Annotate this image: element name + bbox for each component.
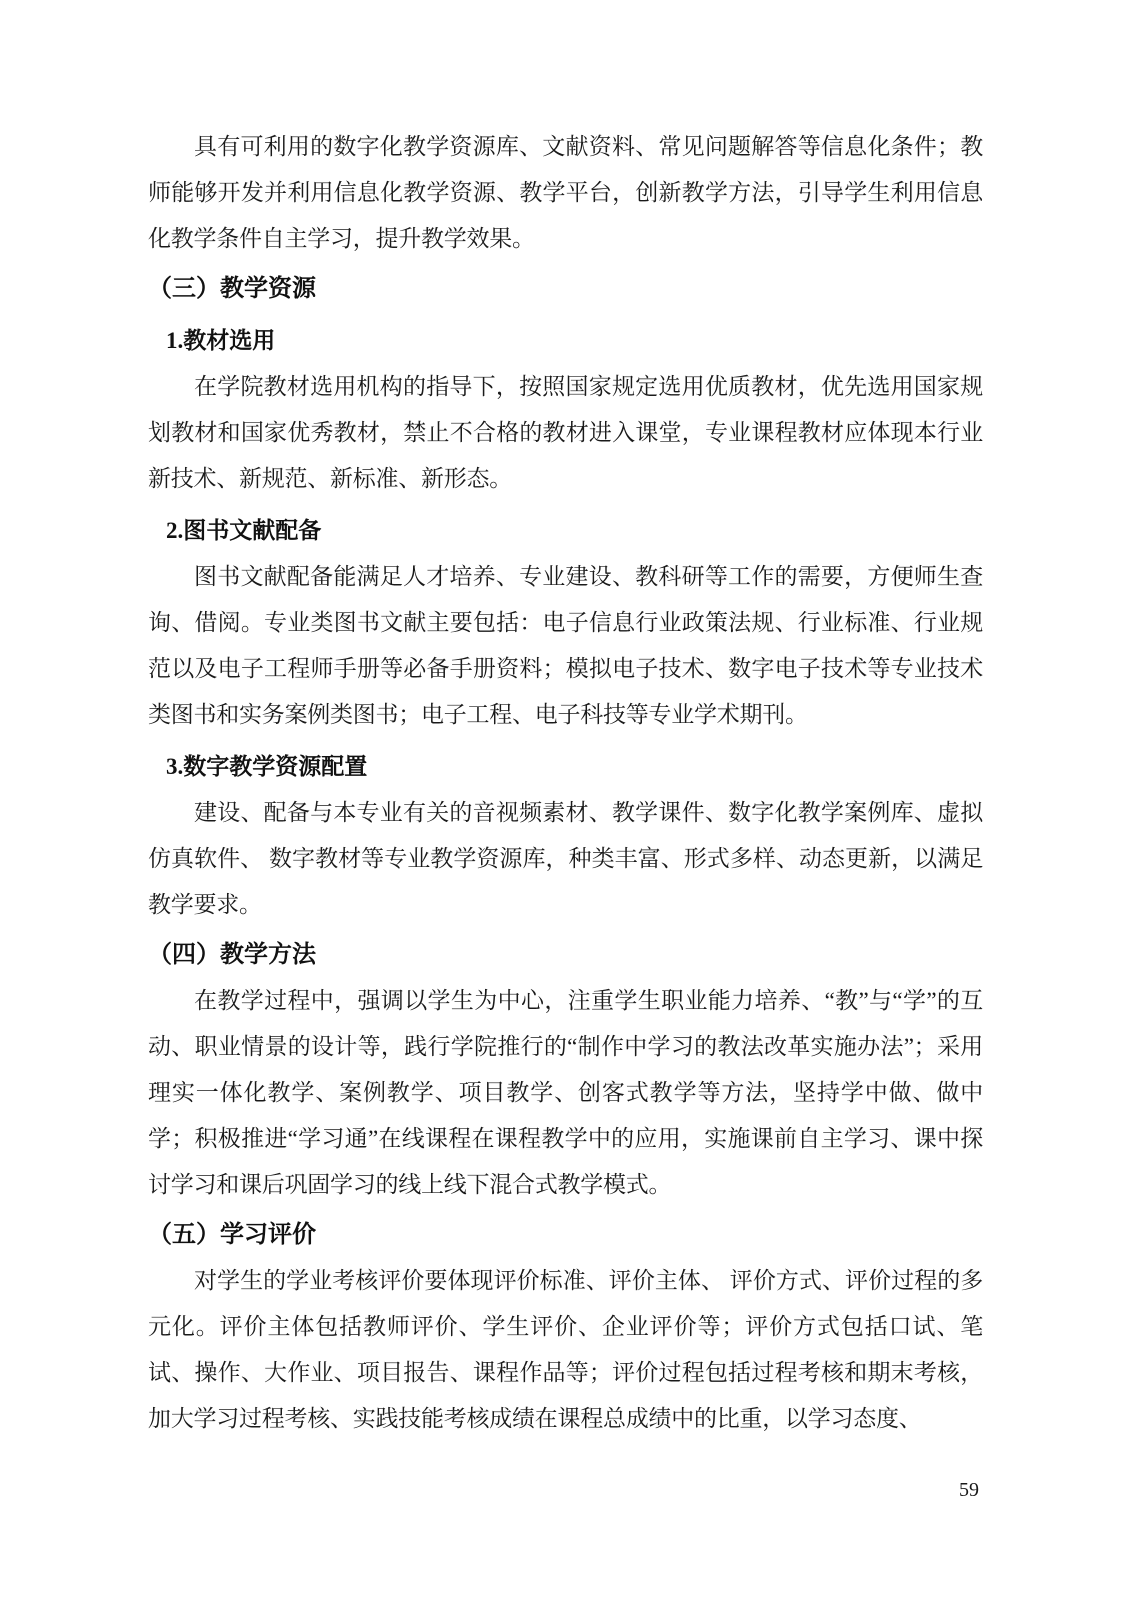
- paragraph-digital-resources: 建设、配备与本专业有关的音视频素材、教学课件、数字化教学案例库、虚拟仿真软件、 …: [148, 790, 983, 928]
- subsection-heading-textbook-selection: 1.教材选用: [148, 318, 983, 364]
- page-number: 59: [959, 1478, 979, 1502]
- paragraph-learning-evaluation: 对学生的学业考核评价要体现评价标准、评价主体、 评价方式、评价过程的多元化。评价…: [148, 1258, 983, 1442]
- paragraph-informatization-conditions: 具有可利用的数字化教学资源库、文献资料、常见问题解答等信息化条件；教师能够开发并…: [148, 124, 983, 262]
- document-page: 具有可利用的数字化教学资源库、文献资料、常见问题解答等信息化条件；教师能够开发并…: [0, 0, 1131, 1600]
- subsection-heading-library-literature: 2.图书文献配备: [148, 508, 983, 554]
- section-heading-teaching-resources: （三）教学资源: [148, 266, 983, 312]
- subsection-heading-digital-resources: 3.数字教学资源配置: [148, 744, 983, 790]
- section-heading-learning-evaluation: （五）学习评价: [148, 1212, 983, 1258]
- paragraph-library-literature: 图书文献配备能满足人才培养、专业建设、教科研等工作的需要，方便师生查询、借阅。专…: [148, 554, 983, 738]
- section-heading-teaching-methods: （四）教学方法: [148, 932, 983, 978]
- document-content: 具有可利用的数字化教学资源库、文献资料、常见问题解答等信息化条件；教师能够开发并…: [0, 0, 1131, 1442]
- paragraph-textbook-selection: 在学院教材选用机构的指导下，按照国家规定选用优质教材，优先选用国家规划教材和国家…: [148, 364, 983, 502]
- paragraph-teaching-methods: 在教学过程中，强调以学生为中心，注重学生职业能力培养、“教”与“学”的互动、职业…: [148, 978, 983, 1208]
